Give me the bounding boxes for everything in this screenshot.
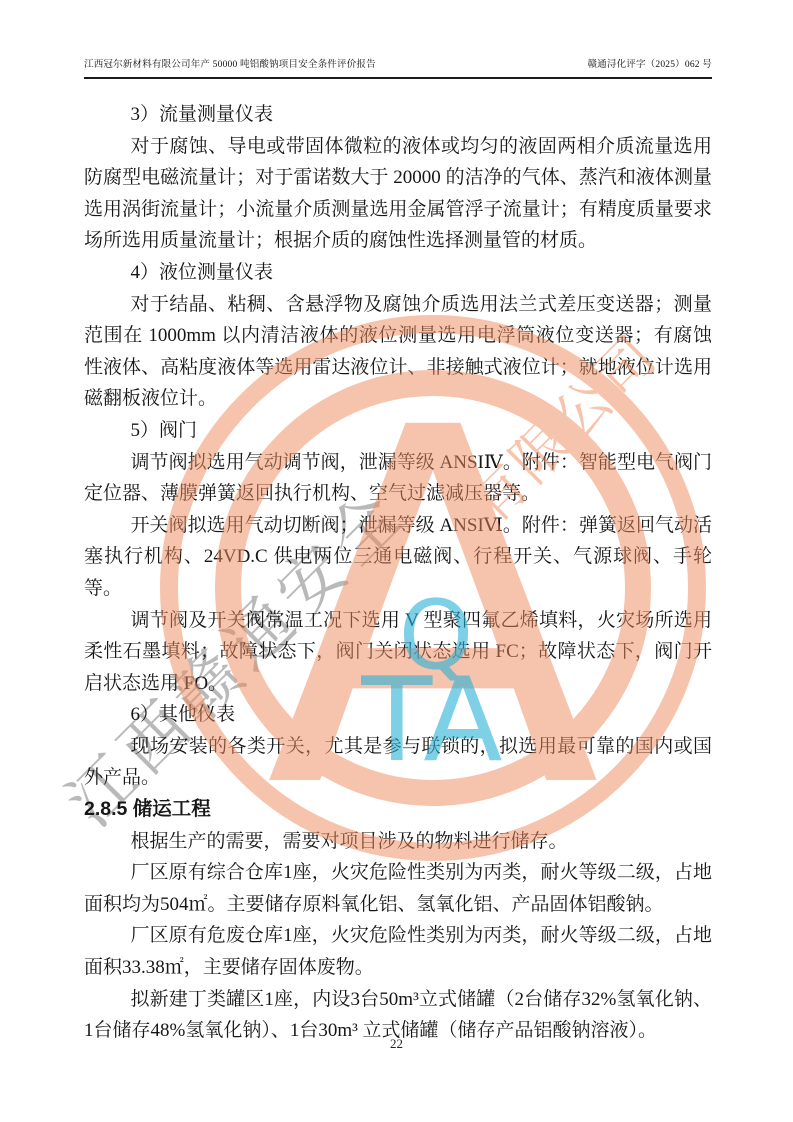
document-page: 江西赣通安全 江西冠尔新材料有限公司年产 50000 吨铝酸钠项目安全条件评价报… (0, 0, 793, 1122)
page-header: 江西冠尔新材料有限公司年产 50000 吨铝酸钠项目安全条件评价报告 赣通浔化评… (84, 56, 712, 79)
page-number: 22 (390, 1036, 403, 1051)
header-document-number: 赣通浔化评字（2025）062 号 (587, 56, 712, 70)
paragraph: 厂区原有综合仓库1座，火灾危险性类别为丙类，耐火等级二级，占地面积均为504㎡。… (84, 857, 712, 920)
paragraph: 对于结晶、粘稠、含悬浮物及腐蚀介质选用法兰式差压变送器；测量范围在 1000mm… (84, 289, 712, 415)
paragraph: 现场安装的各类开关，尤其是参与联锁的，拟选用最可靠的国内或国外产品。 (84, 731, 712, 794)
paragraph: 调节阀及开关阀常温工况下选用 V 型聚四氟乙烯填料，火灾场所选用柔性石墨填料；故… (84, 605, 712, 700)
paragraph: 根据生产的需要，需要对项目涉及的物料进行储存。 (84, 826, 712, 858)
subsection-heading: 5）阀门 (84, 415, 712, 447)
document-body: 3）流量测量仪表对于腐蚀、导电或带固体微粒的液体或均匀的液固两相介质流量选用防腐… (84, 99, 712, 1047)
paragraph: 厂区原有危废仓库1座，火灾危险性类别为丙类，耐火等级二级，占地面积33.38㎡，… (84, 920, 712, 983)
subsection-heading: 3）流量测量仪表 (84, 99, 712, 131)
paragraph: 开关阀拟选用气动切断阀；泄漏等级 ANSIⅥ。附件：弹簧返回气动活塞执行机构、2… (84, 510, 712, 605)
page-footer: 22 (0, 1036, 793, 1052)
subsection-heading: 6）其他仪表 (84, 699, 712, 731)
subsection-heading: 4）液位测量仪表 (84, 257, 712, 289)
paragraph: 调节阀拟选用气动调节阀，泄漏等级 ANSIⅣ。附件：智能型电气阀门定位器、薄膜弹… (84, 447, 712, 510)
section-heading: 2.8.5 储运工程 (84, 794, 712, 826)
header-report-title: 江西冠尔新材料有限公司年产 50000 吨铝酸钠项目安全条件评价报告 (84, 56, 376, 70)
paragraph: 对于腐蚀、导电或带固体微粒的液体或均匀的液固两相介质流量选用防腐型电磁流量计；对… (84, 131, 712, 257)
